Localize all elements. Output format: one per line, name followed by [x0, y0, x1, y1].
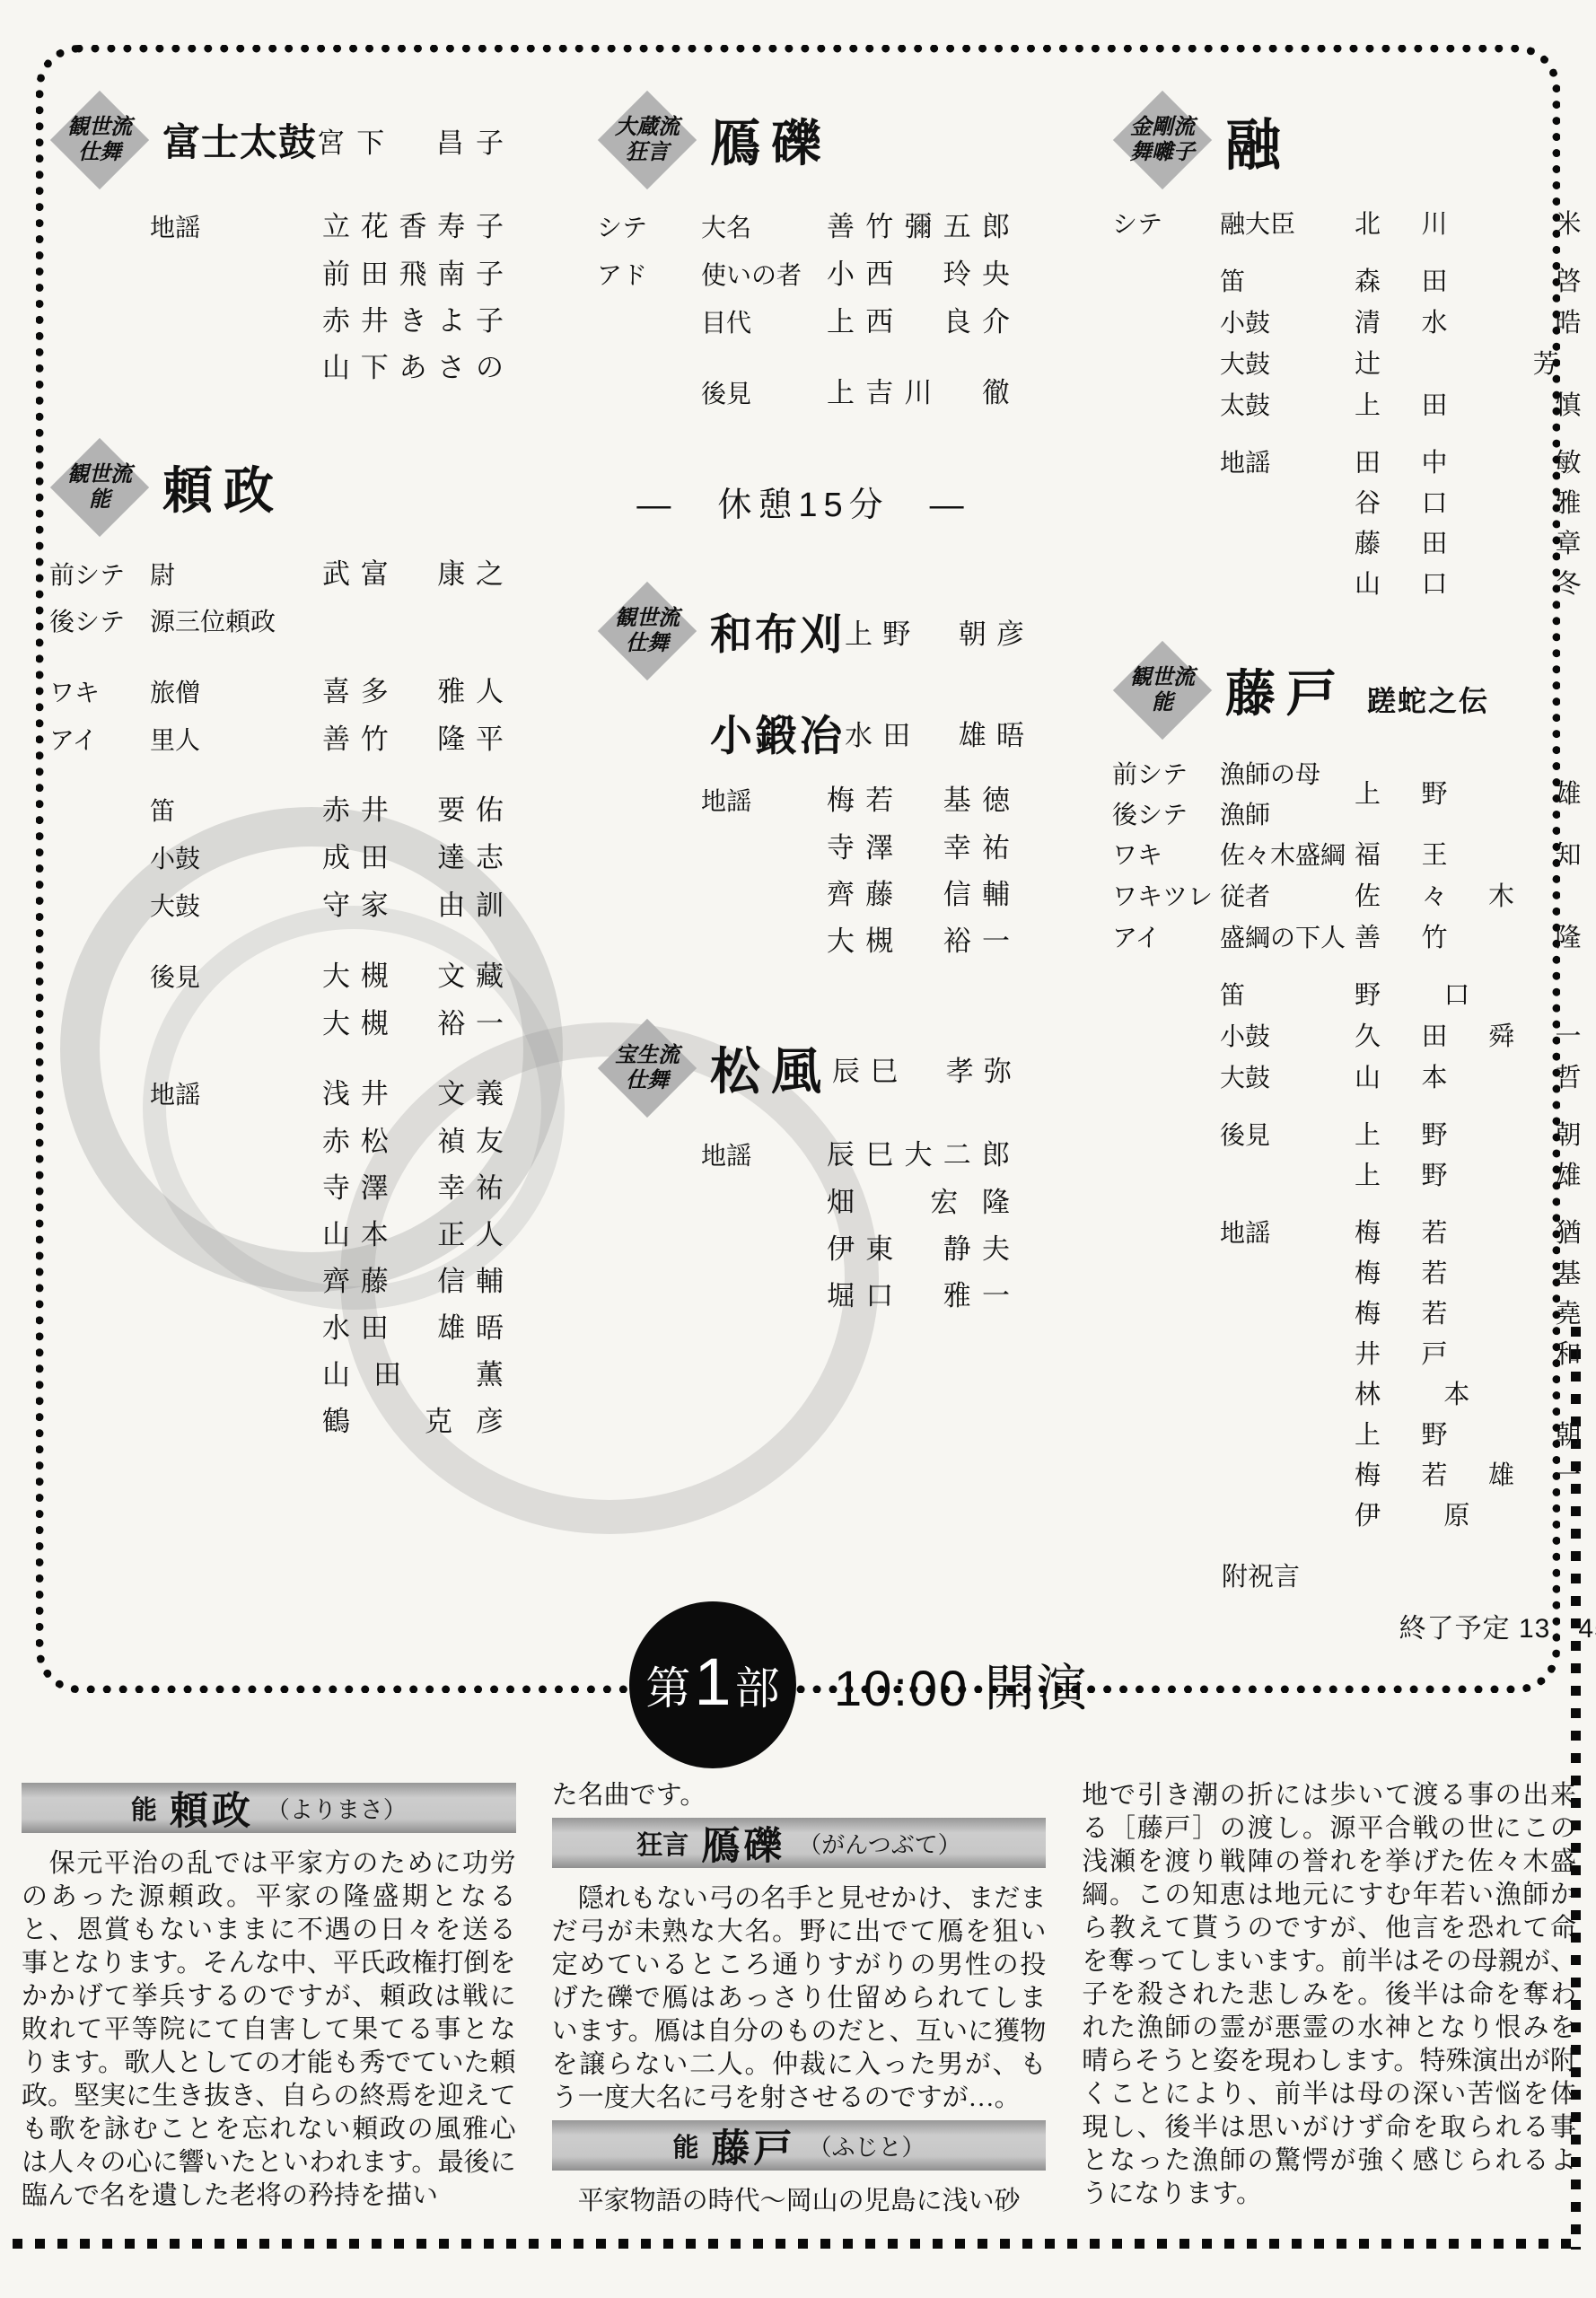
badge-school: 宝生流: [615, 1043, 680, 1068]
cast-part: 笛: [1220, 975, 1355, 1015]
cast-name: 大槻 文藏: [322, 953, 504, 1000]
program-column-3: 金剛流 舞囃子 融 シテ融大臣北川 米喜笛森田 啓子小鼓清水 晧祐大鼓辻 芳昭太…: [1071, 53, 1596, 1685]
cast-part: 地謡: [1220, 1213, 1355, 1253]
cast-row: 伊東 静夫: [597, 1226, 1010, 1273]
cast-name: 梅若 基徳: [1355, 1254, 1596, 1294]
synopsis-column-3: 地で引き潮の折には歩いて渡る事の出来る［藤戸］の渡し。源平合戦の世にこの浅瀬を渡…: [1080, 1779, 1578, 2223]
cast-row: 笛赤井 要佑: [49, 787, 504, 835]
program-box: 観世流 仕舞 富士太鼓 宮下 昌子 地謡立花香寿子前田飛南子赤井きよ子山下あさの: [36, 45, 1560, 1693]
cast-name: 善竹 隆平: [322, 716, 504, 763]
cast-row: 小鼓清水 晧祐: [1112, 303, 1596, 344]
piece-performer: 上野 朝彦: [845, 611, 1024, 652]
cast-row: 寺澤 幸祐: [597, 825, 1010, 872]
cast-row: 赤井きよ子: [49, 298, 504, 345]
piece-header-second: 小鍛冶 水田 雄晤: [597, 695, 1010, 770]
badge-school: 金剛流: [1130, 115, 1195, 140]
cast-name: 浅井 文義: [322, 1071, 504, 1118]
cast-name: 喜多 雅人: [322, 669, 504, 715]
cast-list: 地謡辰巳大二郎畑 宏隆伊東 静夫堀口 雅一: [597, 1132, 1010, 1320]
cast-row: アイ盛綱の下人善竹 隆司: [1112, 917, 1596, 959]
cast-part: 使いの者: [701, 252, 827, 299]
cast-part: 地謡: [150, 1072, 322, 1118]
cast-name: 大槻 裕一: [827, 918, 1010, 965]
cast-name: 赤井 要佑: [322, 787, 504, 834]
cast-part: 大鼓: [1220, 344, 1355, 384]
cast-row: 大鼓守家 由訓: [49, 882, 504, 930]
synopsis-column-1: 能頼政（よりまさ） 保元平治の乱では平家方のために功労のあった源頼政。平家の隆盛…: [20, 1779, 518, 2223]
section-gantsubute: 大蔵流 狂言 鴈礫 シテ大名善竹彌五郎アド使いの者小西 玲央目代上西 良介後見上…: [597, 87, 1010, 417]
piece-header: 観世流 仕舞 和布刈 上野 朝彦: [597, 578, 1010, 684]
cast-row: 山田 薫: [49, 1352, 504, 1399]
cast-part: 大鼓: [1220, 1057, 1355, 1098]
synopsis-paragraph: 平家物語の時代～岡山の児島に浅い砂: [552, 2185, 1047, 2218]
cast-name: 林本 大: [1355, 1375, 1596, 1416]
piece-header: 観世流 能 頼政: [49, 434, 504, 540]
school-badge: 観世流 能: [1112, 640, 1213, 741]
cast-row: 太鼓上田 慎也: [1112, 385, 1596, 426]
cast-list: 前シテ漁師の母後シテ漁師上野 雄三ワキ佐々木盛綱福王 知登ワキツレ従者佐々木 秀…: [1112, 754, 1596, 1537]
cast-row: ワキ旅僧喜多 雅人: [49, 669, 504, 716]
cast-row: 山本 正人: [49, 1212, 504, 1259]
cast-row: 後見上野 朝義: [1112, 1115, 1596, 1156]
synopsis-header: 能藤戸（ふじと）: [552, 2120, 1047, 2171]
intermission-note: ― 休憩15分 ―: [597, 477, 1010, 526]
cast-row: シテ大名善竹彌五郎: [597, 204, 1010, 251]
cast-name: 谷口 雅彦: [1355, 484, 1596, 524]
piece-title: 鴈礫: [710, 104, 832, 176]
synopsis-paragraph: 地で引き潮の折には歩いて渡る事の出来る［藤戸］の渡し。源平合戦の世にこの浅瀬を渡…: [1082, 1779, 1576, 2211]
cast-name: 寺澤 幸祐: [827, 825, 1010, 872]
cast-name: 福王 知登: [1355, 836, 1596, 876]
section-toru: 金剛流 舞囃子 融 シテ融大臣北川 米喜笛森田 啓子小鼓清水 晧祐大鼓辻 芳昭太…: [1112, 87, 1596, 605]
school-badge: 宝生流 仕舞: [597, 1018, 697, 1118]
cast-role: ワキツレ: [1112, 876, 1220, 917]
cast-name: 小西 玲央: [827, 251, 1010, 298]
cast-name: 山本 哲也: [1355, 1058, 1596, 1099]
school-badge: 観世流 能: [49, 437, 150, 538]
piece-title: 松風: [710, 1032, 832, 1104]
cast-row: 笛野口 亮: [1112, 975, 1596, 1016]
cast-row: ワキツレ従者佐々木 秀: [1112, 876, 1596, 917]
badge-school: 大蔵流: [615, 115, 680, 140]
badge-school: 観世流: [615, 606, 680, 631]
cast-row: 小鼓成田 達志: [49, 835, 504, 882]
cast-part: 里人: [150, 717, 322, 764]
cast-part: 従者: [1220, 876, 1355, 917]
cast-row: ワキ佐々木盛綱福王 知登: [1112, 835, 1596, 876]
synopsis-paragraph: た名曲です。: [552, 1779, 1047, 1812]
badge-genre: 仕舞: [78, 140, 121, 165]
program-page: 観世流 仕舞 富士太鼓 宮下 昌子 地謡立花香寿子前田飛南子赤井きよ子山下あさの: [0, 0, 1596, 2298]
cast-name: 井戸 和男: [1355, 1335, 1596, 1375]
badge-genre: 舞囃子: [1130, 140, 1195, 165]
cast-row: 地謡梅若 猶義: [1112, 1213, 1596, 1254]
piece-performer: 水田 雄晤: [845, 713, 1024, 753]
cast-name: 上野 雄介: [1355, 1156, 1596, 1197]
cast-part: 盛綱の下人: [1220, 917, 1355, 958]
section-fujito: 観世流 能 藤戸 蹉蛇之伝 前シテ漁師の母後シテ漁師上野 雄三ワキ佐々木盛綱福王…: [1112, 637, 1596, 1645]
cast-name: 畑 宏隆: [827, 1180, 1010, 1226]
cast-name: 上野 朝義: [1355, 1116, 1596, 1156]
program-column-2: 大蔵流 狂言 鴈礫 シテ大名善竹彌五郎アド使いの者小西 玲央目代上西 良介後見上…: [541, 53, 1069, 1685]
cast-row: 林本 大: [1112, 1375, 1596, 1416]
cast-name: 山田 薫: [322, 1352, 504, 1399]
cast-role: ワキ: [1112, 835, 1220, 875]
cast-list: シテ融大臣北川 米喜笛森田 啓子小鼓清水 晧祐大鼓辻 芳昭太鼓上田 慎也地謡田中…: [1112, 204, 1596, 605]
cast-row: 伊原 昇: [1112, 1496, 1596, 1537]
cast-list: 地謡梅若 基徳寺澤 幸祐齊藤 信輔大槻 裕一: [597, 777, 1010, 965]
syn-reading: （がんつぶて）: [798, 1827, 960, 1860]
cast-row: 小鼓久田舜一郎: [1112, 1016, 1596, 1057]
badge-school: 観世流: [1130, 665, 1195, 690]
cast-part: 後見: [1220, 1115, 1355, 1155]
cast-name: 梅若 堯之: [1355, 1294, 1596, 1335]
cast-name: 赤松 禎友: [322, 1118, 504, 1165]
school-badge: 金剛流 舞囃子: [1112, 90, 1213, 190]
badge-school: 観世流: [67, 462, 132, 487]
cast-list: シテ大名善竹彌五郎アド使いの者小西 玲央目代上西 良介後見上吉川 徹: [597, 204, 1010, 417]
piece-header: 金剛流 舞囃子 融: [1112, 87, 1596, 193]
cast-row: 谷口 雅彦: [1112, 484, 1596, 524]
synopsis-paragraph: 隠れもない弓の名手と見せかけ、まだまだ弓が未熟な大名。野に出でて鴈を狙い定めてい…: [552, 1882, 1047, 2115]
cast-row: 畑 宏隆: [597, 1180, 1010, 1226]
section-mekari: 観世流 仕舞 和布刈 上野 朝彦 小鍛冶 水田 雄晤 地: [597, 578, 1010, 965]
cast-role: 後シテ: [1112, 794, 1220, 835]
cast-part: 小鼓: [1220, 1016, 1355, 1057]
cast-row: 後シテ源三位頼政: [49, 599, 504, 645]
cast-row: 井戸 和男: [1112, 1335, 1596, 1375]
start-time: 10:00 開演: [834, 1649, 1089, 1721]
cast-row: 大槻 裕一: [597, 918, 1010, 965]
cast-name: 立花香寿子: [322, 204, 504, 250]
cast-name: 上田 慎也: [1355, 386, 1596, 426]
cast-part: 融大臣: [1220, 204, 1355, 244]
cast-name: 野口 亮: [1355, 976, 1596, 1016]
cast-name: 辻 芳昭: [1355, 345, 1596, 385]
piece-title: 融: [1225, 101, 1285, 180]
piece-title: 富士太鼓: [162, 113, 317, 167]
synopsis-paragraph: 保元平治の乱では平家方のために功労のあった源頼政。平家の隆盛期となると、恩賞もな…: [22, 1847, 516, 2213]
piece-title: 頼政: [162, 452, 285, 523]
cast-row: アイ里人善竹 隆平: [49, 716, 504, 764]
cast-row: 齊藤 信輔: [49, 1259, 504, 1305]
part-banner: 第1部 10:00 開演: [629, 1601, 1089, 1768]
cast-row: 齊藤 信輔: [597, 872, 1010, 918]
cast-row: 梅若雄一郎: [1112, 1456, 1596, 1496]
cast-name: 梅若雄一郎: [1355, 1456, 1596, 1496]
piece-title: 小鍛冶: [710, 703, 845, 763]
school-badge: 観世流 仕舞: [597, 581, 697, 681]
cast-list: 地謡立花香寿子前田飛南子赤井きよ子山下あさの: [49, 204, 504, 391]
synopsis-header: 能頼政（よりまさ）: [22, 1783, 516, 1833]
cast-name: 梅若 猶義: [1355, 1214, 1596, 1254]
syn-title: 藤戸: [712, 2118, 796, 2173]
cast-row: 水田 雄晤: [49, 1305, 504, 1352]
badge-genre: 仕舞: [626, 1068, 669, 1093]
cast-name: 成田 達志: [322, 835, 504, 881]
cast-part: 漁師: [1220, 794, 1355, 835]
cast-name: 寺澤 幸祐: [322, 1165, 504, 1212]
piece-header: 観世流 能 藤戸 蹉蛇之伝: [1112, 637, 1596, 743]
cast-role: アイ: [49, 717, 150, 764]
cast-row: 地謡田中 敏文: [1112, 443, 1596, 484]
cast-row: 大槻 裕一: [49, 1001, 504, 1048]
cast-row: 前シテ尉武富 康之: [49, 551, 504, 599]
cast-name: 山口 冬吾: [1355, 565, 1596, 605]
cast-row: 山下あさの: [49, 345, 504, 391]
cast-name: 水田 雄晤: [322, 1305, 504, 1352]
cast-role: シテ: [1112, 204, 1220, 244]
syn-title: 鴈礫: [701, 1816, 785, 1871]
section-matsukaze: 宝生流 仕舞 松風 辰巳 孝弥 地謡辰巳大二郎畑 宏隆伊東 静夫堀口 雅一: [597, 1015, 1010, 1320]
cast-name: 田中 敏文: [1355, 443, 1596, 484]
part-1-badge: 第1部: [629, 1601, 796, 1768]
cast-name: 武富 康之: [322, 551, 504, 598]
cast-name: 赤井きよ子: [322, 298, 504, 345]
cast-name: 藤田 章三: [1355, 524, 1596, 565]
cast-row: 梅若 基徳: [1112, 1254, 1596, 1294]
dotted-edge-bottom: [13, 2239, 1583, 2249]
syn-title: 頼政: [170, 1781, 254, 1836]
cast-row: 地謡立花香寿子: [49, 204, 504, 251]
cast-name: 北川 米喜: [1355, 205, 1596, 245]
badge-genre: 能: [89, 487, 110, 513]
cast-name: 森田 啓子: [1355, 262, 1596, 303]
cast-part: 太鼓: [1220, 385, 1355, 425]
badge-genre: 狂言: [626, 140, 669, 165]
cast-row: 赤松 禎友: [49, 1118, 504, 1165]
cast-name: 山下あさの: [322, 345, 504, 391]
badge-genre: 仕舞: [626, 631, 669, 656]
cast-name: 上西 良介: [827, 299, 1010, 346]
cast-name: 大槻 裕一: [322, 1001, 504, 1048]
cast-name: 久田舜一郎: [1355, 1017, 1596, 1057]
syn-reading: （よりまさ）: [267, 1792, 407, 1825]
section-fuji-taiko: 観世流 仕舞 富士太鼓 宮下 昌子 地謡立花香寿子前田飛南子赤井きよ子山下あさの: [49, 87, 504, 391]
cast-row: 鶴 克彦: [49, 1399, 504, 1445]
cast-part: 旅僧: [150, 670, 322, 716]
badge-genre: 能: [1152, 690, 1173, 715]
cast-part: 佐々木盛綱: [1220, 835, 1355, 875]
cast-row: 地謡浅井 文義: [49, 1071, 504, 1118]
cast-part: 源三位頼政: [150, 599, 322, 645]
cast-name: 鶴 克彦: [322, 1399, 504, 1445]
cast-name: 清水 晧祐: [1355, 303, 1596, 344]
cast-role: アド: [597, 252, 701, 299]
piece-performer: 宮下 昌子: [317, 120, 504, 161]
syn-reading: （ふじと）: [809, 2129, 925, 2162]
piece-title: 和布刈: [710, 601, 845, 662]
cast-role: アイ: [1112, 917, 1220, 958]
piece-subtitle: 蹉蛇之伝: [1367, 679, 1489, 720]
cast-name: 伊原 昇: [1355, 1496, 1596, 1537]
piece-title: 藤戸: [1225, 654, 1347, 726]
piece-header: 観世流 仕舞 富士太鼓 宮下 昌子: [49, 87, 504, 193]
cast-row: 寺澤 幸祐: [49, 1165, 504, 1212]
cast-name: 前田飛南子: [322, 251, 504, 298]
cast-part: 地謡: [1220, 443, 1355, 483]
syn-genre: 能: [131, 1790, 157, 1827]
badge-school: 観世流: [67, 115, 132, 140]
cast-name: 梅若 基徳: [827, 777, 1010, 824]
cast-list: 前シテ尉武富 康之後シテ源三位頼政ワキ旅僧喜多 雅人アイ里人善竹 隆平笛赤井 要…: [49, 551, 504, 1445]
cast-row: シテ融大臣北川 米喜: [1112, 204, 1596, 245]
cast-row: 後見大槻 文藏: [49, 953, 504, 1001]
program-column-1: 観世流 仕舞 富士太鼓 宮下 昌子 地謡立花香寿子前田飛南子赤井きよ子山下あさの: [44, 53, 539, 1685]
cast-name: 上野 朝彦: [1355, 1416, 1596, 1456]
section-yorimasa: 観世流 能 頼政 前シテ尉武富 康之後シテ源三位頼政ワキ旅僧喜多 雅人アイ里人善…: [49, 434, 504, 1445]
cast-row: 大鼓山本 哲也: [1112, 1057, 1596, 1099]
piece-performer: 辰巳 孝弥: [832, 1048, 1012, 1089]
cast-row: 藤田 章三: [1112, 524, 1596, 565]
cast-row: 前田飛南子: [49, 251, 504, 298]
cast-part: 後見: [701, 371, 827, 417]
cast-part: 小鼓: [150, 836, 322, 882]
cast-row: 目代上西 良介: [597, 299, 1010, 346]
cast-row: 後見上吉川 徹: [597, 370, 1010, 417]
cast-part: 地謡: [150, 205, 322, 251]
closing-note: 附祝言: [1112, 1557, 1596, 1593]
cast-part: 尉: [150, 552, 322, 599]
cast-part: 小鼓: [1220, 303, 1355, 343]
cast-name: 伊東 静夫: [827, 1226, 1010, 1273]
cast-name: 善竹 隆司: [1355, 918, 1596, 959]
cast-row: 堀口 雅一: [597, 1273, 1010, 1320]
cast-part: 後見: [150, 954, 322, 1001]
synopsis-column-2: た名曲です。狂言鴈礫（がんつぶて） 隠れもない弓の名手と見せかけ、まだまだ弓が未…: [550, 1779, 1048, 2223]
end-time-note: 終了予定 13：45 頃: [1112, 1606, 1596, 1645]
cast-row: 笛森田 啓子: [1112, 261, 1596, 303]
cast-name: 齊藤 信輔: [322, 1259, 504, 1305]
cast-part: 大名: [701, 205, 827, 251]
piece-header: 宝生流 仕舞 松風 辰巳 孝弥: [597, 1015, 1010, 1121]
cast-name: 山本 正人: [322, 1212, 504, 1259]
cast-row: 上野 雄介: [1112, 1156, 1596, 1197]
cast-row: 大鼓辻 芳昭: [1112, 344, 1596, 385]
cast-part: 笛: [1220, 261, 1355, 302]
cast-row: 梅若 堯之: [1112, 1294, 1596, 1335]
cast-role: 後シテ: [49, 599, 150, 645]
cast-role: シテ: [597, 205, 701, 251]
cast-role: 前シテ: [49, 552, 150, 599]
cast-row: アド使いの者小西 玲央: [597, 251, 1010, 299]
cast-row: 地謡辰巳大二郎: [597, 1132, 1010, 1180]
syn-genre: 狂言: [636, 1825, 688, 1862]
cast-name: 堀口 雅一: [827, 1273, 1010, 1320]
cast-name: 上野 雄三: [1355, 775, 1596, 815]
cast-name: 守家 由訓: [322, 882, 504, 929]
school-badge: 観世流 仕舞: [49, 90, 150, 190]
cast-role: 前シテ: [1112, 754, 1220, 794]
cast-part: 笛: [150, 788, 322, 835]
cast-name: 齊藤 信輔: [827, 872, 1010, 918]
cast-name: 上吉川 徹: [827, 370, 1010, 417]
piece-header: 大蔵流 狂言 鴈礫: [597, 87, 1010, 193]
cast-row: 前シテ漁師の母後シテ漁師上野 雄三: [1112, 754, 1596, 835]
cast-part: 大鼓: [150, 883, 322, 930]
cast-part: 目代: [701, 300, 827, 346]
school-badge: 大蔵流 狂言: [597, 90, 697, 190]
cast-part: 漁師の母: [1220, 754, 1355, 794]
cast-name: 辰巳大二郎: [827, 1132, 1010, 1179]
cast-name: 善竹彌五郎: [827, 204, 1010, 250]
syn-genre: 能: [672, 2127, 698, 2164]
cast-name: 佐々木 秀: [1355, 877, 1596, 917]
synopsis-header: 狂言鴈礫（がんつぶて）: [552, 1818, 1047, 1868]
cast-row: 上野 朝彦: [1112, 1416, 1596, 1456]
cast-row: 地謡梅若 基徳: [597, 777, 1010, 825]
cast-role: ワキ: [49, 670, 150, 716]
cast-part: 地謡: [701, 778, 827, 825]
synopsis-columns: 能頼政（よりまさ） 保元平治の乱では平家方のために功労のあった源頼政。平家の隆盛…: [20, 1779, 1578, 2223]
cast-part: 地謡: [701, 1133, 827, 1180]
cast-row: 山口 冬吾: [1112, 565, 1596, 605]
